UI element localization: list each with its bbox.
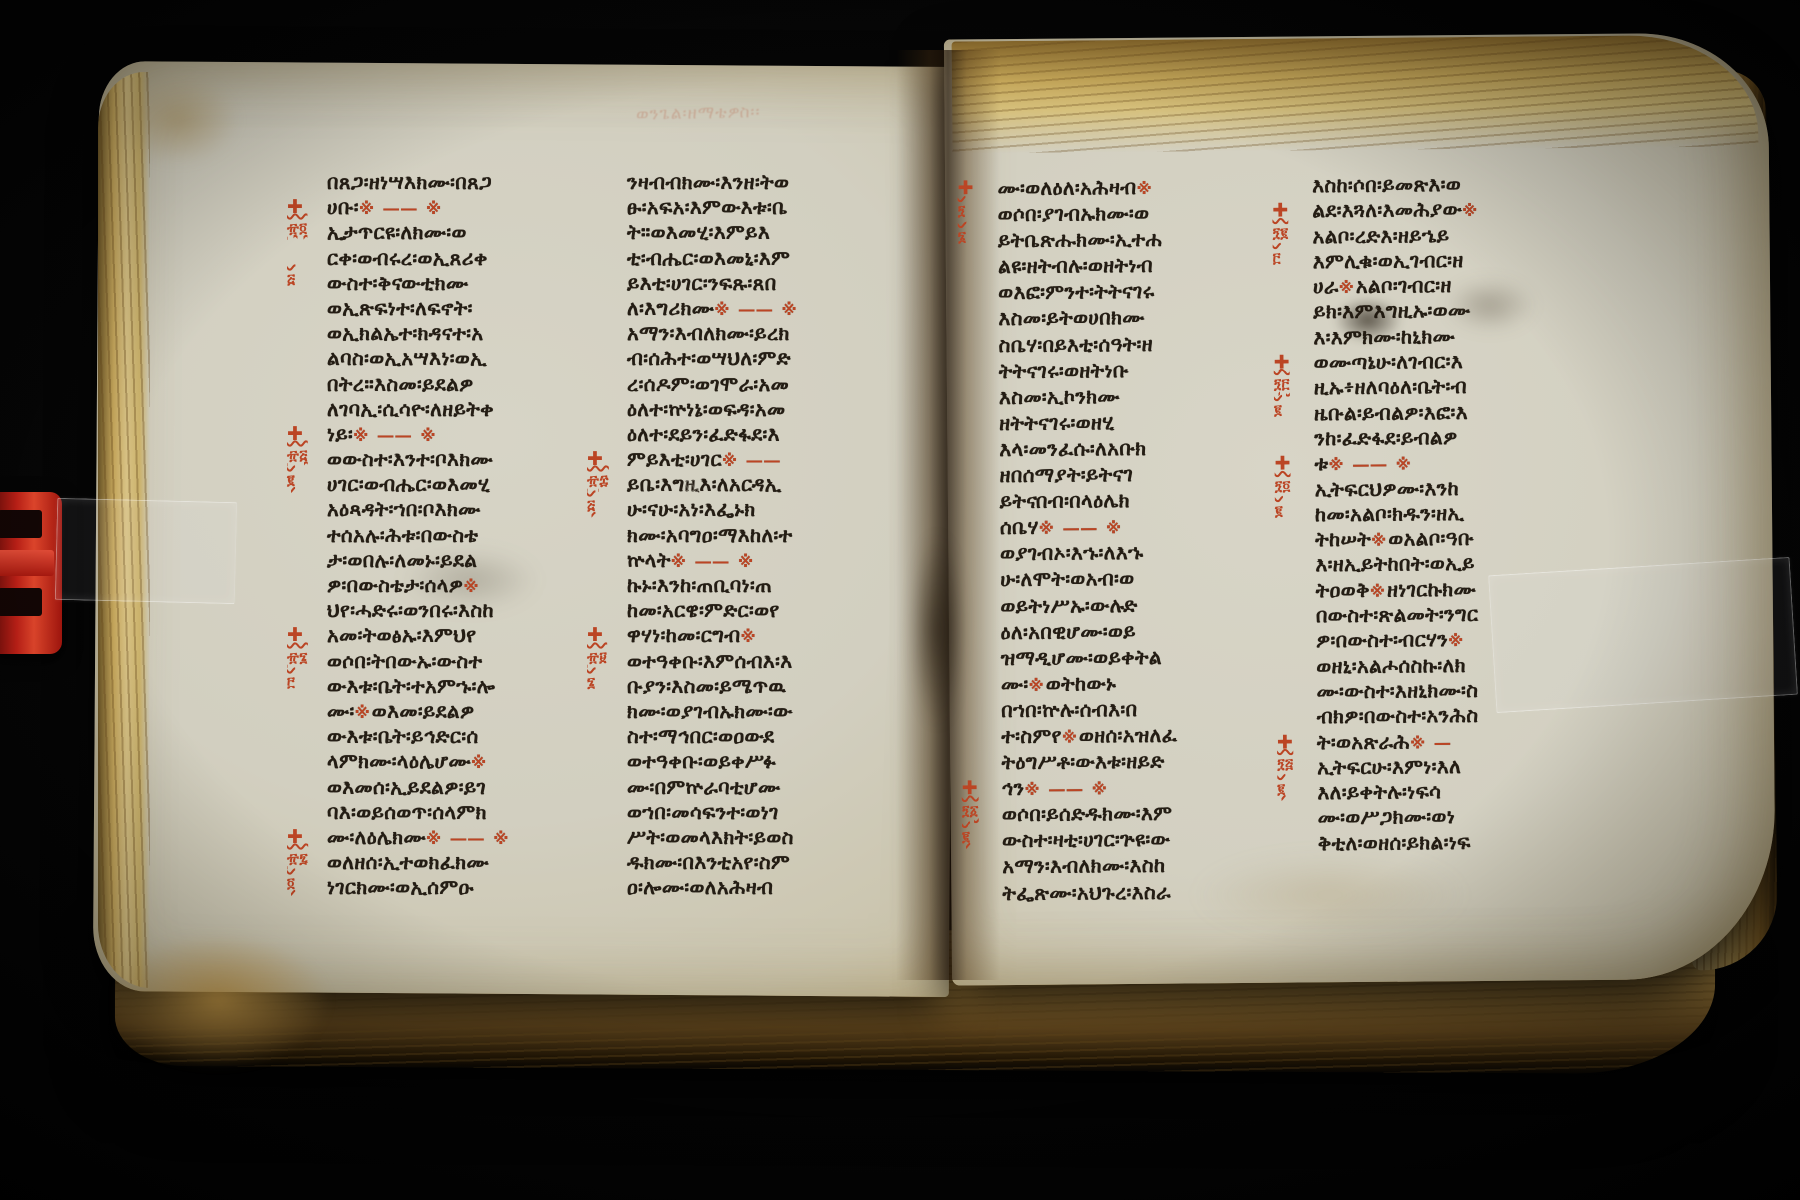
red-cross-marker: ✚ [287,826,303,848]
black-ink-text: ልደ፡እጓለ፡እመሕያው [1312,197,1462,222]
black-ink-text: በጸጋ፡ዘነሣእክሙ፡በጸጋ [327,170,492,194]
text-line: ሙ፡※ወትከውኑ [1001,670,1293,698]
clamp-bar [0,550,54,576]
black-ink-text: ወሶበ፡ያገብኡክሙ፡ወ [998,201,1150,226]
black-ink-text: ዘነገርኩክሙ [1387,577,1476,602]
text-line: ✚ሙ፡ወለዕለ፡አሕዛብ※ [997,174,1289,202]
black-ink-text: ነይ፡ [327,422,353,446]
red-section-numeral: ፮ [587,675,596,691]
text-line: ወያገብኦ፡እኁ፡ለእኁ [1000,539,1292,567]
black-ink-text: ይትቤጽሑክሙ፡ኢተሐ [998,227,1162,252]
red-section-numeral: ፫ [1273,250,1281,266]
red-section-numeral: ፺፩ [962,803,979,819]
black-ink-text: አማን፡እብለክሙ፡ይረክ [627,321,790,345]
text-line: ✚አመ፡ትወፅኡ፡እምህየ [327,623,619,648]
text-line: ፬ነገርክሙ፡ወኢሰምዑ [327,875,619,900]
text-line: እስመ፡ኢኮንክሙ [999,383,1291,411]
black-ink-text: ትዕግሥቶ፡ውእቱ፡ዘይድ [1001,749,1164,774]
black-ink-text: ኢታጥርዩ፡ለክሙ፡ወ [327,220,467,244]
black-ink-text: ንከ፡ፈድፋደ፡ይብልዎ [1314,425,1457,450]
text-line: ፺፫ዚኡ፥ዘለባዕለ፡ቤት፡ብ [1314,373,1606,401]
black-ink-text: ዚኡ፥ዘለባዕለ፡ቤት፡ብ [1314,374,1467,399]
black-ink-text: ምይእቲ፡ሀገር [627,447,722,471]
black-ink-text: ወሙጣኔሁ፡ለገብር፡እ [1314,349,1464,374]
text-line: ውእቱ፡ቤት፡ይኅድር፡ሰ [327,724,619,749]
text-line: በኀበ፡ኵሉ፡ሰብእ፡በ [1001,696,1293,724]
red-section-numeral: ፭ [287,272,295,288]
text-line: ስተ፡ማኅበር፡ወዐውደ [627,724,919,749]
red-ink-ornament: ※ [463,578,480,596]
red-ink-ornament: ※ [1339,279,1356,297]
red-section-numeral: ፹፭ [287,448,308,464]
red-ink-ornament: ※ [741,628,758,646]
black-ink-text: እስከ፡ሶበ፡ይመጽእ፡ወ [1312,172,1461,197]
text-line: ፁ፡አፍአ፡እምውእቱ፡ቤ [627,195,919,220]
red-ink-ornament: ※ [1136,180,1153,198]
black-ink-text: ሙ፡በምኵራባቲሆሙ [627,775,780,799]
black-ink-text: ሙ፡ወለዕለ፡አሕዛብ [997,175,1136,200]
text-line: ወኀበ፡መሳፍንተ፡ወነገ [627,800,919,825]
text-column-right-1: ✚ሙ፡ወለዕለ፡አሕዛብ※፺ወሶበ፡ያገብኡክሙ፡ወ፮ይትቤጽሑክሙ፡ኢተሐልዩ… [997,174,1294,907]
black-ink-text: ለገባኢ፡ሲሳዮ፡ለዘይትቀ [327,397,494,421]
black-ink-text: ንዛብብክሙ፡እንዘ፡ትወ [627,170,789,194]
black-ink-text: ሙ፡ [327,699,355,723]
text-line: ከመ፡አርዌ፡ምድር፡ወየ [627,598,919,623]
black-ink-text: እ፡ዘኢይትከበት፡ወኢይ [1315,551,1474,576]
red-page-clamp[interactable] [0,492,62,654]
red-cross-marker: ✚ [287,423,303,445]
black-ink-text: ዎ፡በውስቴታ፡ሰላዎ [327,573,463,597]
black-ink-text: ስቤሃ፡በይእቲ፡ሰዓት፡ዘ [999,332,1154,357]
text-line: ቲ፡ብሔር፡ወእመኒ፡እም [627,246,919,271]
black-ink-text: ወኀበ፡መሳፍንተ፡ወነገ [627,800,779,824]
right-page-top-edge-leaves [952,34,1759,153]
black-ink-text: ታ፡ወበሉ፡ለመኑ፡ይደል [327,548,477,572]
red-section-numeral: ፺፬ [1275,478,1291,494]
text-line: ስቤሃ፡በይእቲ፡ሰዓት፡ዘ [999,331,1291,359]
black-ink-text: አማን፡እብለክሙ፡እስከ [1002,853,1165,878]
black-ink-text: ልዩ፡ዘትብሉ፡ወዘትነብ [998,253,1153,278]
red-section-numeral: ፪ [1274,402,1282,418]
acrylic-strip-right[interactable] [1488,557,1798,713]
text-line: እስከ፡ሶበ፡ይመጽእ፡ወ [1312,171,1604,199]
text-line: አማን፡እብለክሙ፡ይረክ [627,321,919,346]
black-ink-text: ቡያን፡እስመ፡ይሜጥዉ [627,674,786,698]
black-ink-text: ቲ፡ብሔር፡ወእመኒ፡እም [627,246,790,270]
black-ink-text: ሰቤሃ [1000,515,1039,539]
red-ink-ornament: ※ [1370,582,1387,600]
red-section-numeral: ፪ [1275,503,1283,519]
black-ink-text: እስመ፡ኢኮንክሙ [999,384,1120,409]
red-ink-ornament: ※ [1448,632,1465,650]
red-ink-ornament: ※ ―― ※ [671,553,755,571]
text-line: ረ፡ሰዶም፡ወገሞራ፡አመ [627,372,919,397]
text-line: ✚ወሙጣኔሁ፡ለገብር፡እ [1314,348,1606,376]
text-line: ፹፰ይቤ፡እግዚእ፡ለአርዳኢ [627,472,919,497]
black-ink-text: ሙ፡ወሥጋክሙ፡ወነ [1318,804,1456,829]
text-line: ባእ፡ወይሰወጥ፡ሰላምክ [327,800,619,825]
text-line: ፹፯ወለዘሰ፡ኢተወክፈክሙ [327,850,619,875]
text-line: ፹፮ወሶበ፡ትበውኡ፡ውስተ [327,649,619,674]
text-line: ዕለተ፡ኵነኔ፡ወፍዳ፡አመ [627,397,919,422]
text-line: ፹፱ወተዓቀቡ፡እምሰብእ፡እ [627,649,919,674]
text-line: ፭ሁ፡ናሁ፡አነ፡እፌኑክ [627,497,919,522]
black-ink-text: ዋሃነ፡ከመ፡ርግብ [627,623,741,647]
black-ink-text: ረ፡ሰዶም፡ወገሞራ፡አመ [627,372,789,396]
text-line: እ፡እምክሙ፡ከኒክሙ [1313,323,1605,351]
text-line: ዎ፡በውስቴታ፡ሰላዎ※ [327,573,619,598]
red-ink-ornament: ※ ―― ※ [353,427,437,445]
red-ink-ornament: ※ ―― ※ [359,200,443,218]
red-section-numeral: ፬ [287,876,295,892]
text-line: ርቀ፡ወብሩረ፡ወኢጸሪቀ [327,246,619,271]
red-section-numeral: ፮ [958,229,967,245]
red-ink-ornament: ※ ― [1410,734,1452,752]
black-ink-text: እምሊቁ፡ወኢገብር፡ዘ [1313,248,1464,273]
black-ink-text: ወኢጽፍነተ፡ለፍኖት፡ [327,296,473,320]
black-ink-text: እላ፡መንፈሱ፡ለአቡክ [999,436,1146,461]
text-line: ይትናበብ፡በላዕሌክ [1000,487,1292,515]
text-line: ቅቲለ፡ወዘሰ፡ይክል፡ነፍ [1318,828,1610,856]
text-line: ፹፬ኢታጥርዩ፡ለክሙ፡ወ [327,220,619,245]
black-ink-text: ወዘኒ፡አልሖሰስኩ፡ለክ [1316,653,1466,678]
red-section-numeral: ፺፭ [1277,756,1293,772]
text-line: ዕለተ፡ደይን፡ፈድፋደ፡እ [627,422,919,447]
text-column-right-2: እስከ፡ሶበ፡ይመጽእ፡ወ✚ልደ፡እጓለ፡እመሕያው※፺፪አልቦ፡ረድእ፡ዘይኄ… [1312,171,1610,857]
text-line: ተሰአሉ፡ሕቱ፡በውስቴ [327,523,619,548]
black-ink-text: ወይትነሥኡ፡ውሉድ [1000,593,1137,618]
black-ink-text: አመ፡ትወፅኡ፡እምህየ [327,623,476,647]
black-ink-text: ይክ፡እምእግዚኡ፡ወሙ [1313,298,1470,323]
black-ink-text: ባእ፡ወይሰወጥ፡ሰላምክ [327,800,487,824]
red-section-numeral: ፪ [287,473,295,489]
black-ink-text: ቅቲለ፡ወዘሰ፡ይክል፡ነፍ [1318,830,1471,855]
black-ink-text: ሀቡ፡ [327,195,359,219]
red-section-numeral: ፪ [1277,782,1285,798]
black-ink-text: አዕጻዳት፡ኀበ፡ቦእክሙ [327,497,481,521]
black-ink-text: ውእቱ፡ቤት፡ይኅድር፡ሰ [327,724,479,748]
text-line: ወእፎ፡ምንተ፡ትትናገሩ [998,278,1290,306]
clamp-slot [0,510,42,538]
text-line: ለገባኢ፡ሲሳዮ፡ለዘይትቀ [327,397,619,422]
red-ink-ornament: ※ ―― ※ [426,830,510,848]
black-ink-text: ትትናገሩ፡ወዘትነቡ [999,358,1129,383]
text-line: ፺፬ኢትፍርህዎሙ፡እንከ [1315,474,1607,502]
text-line: ✚ቱ※ ―― ※ [1314,449,1606,477]
text-line: ፹፭ወውስተ፡እንተ፡ቦእክሙ [327,447,619,472]
black-ink-text: ኵላት [627,548,671,572]
red-section-numeral: ፹፯ [287,851,308,867]
black-ink-text: ውስተ፡ዛቲ፡ሀገር፡ጕዩ፡ው [1002,827,1170,852]
black-ink-text: ውእቱ፡ቤት፡ተአምኁ፡ሎ [327,674,495,698]
text-line: ፭ውስተ፡ቅናውቲክሙ [327,271,619,296]
black-ink-text: ርቀ፡ወብሩረ፡ወኢጸሪቀ [327,246,488,270]
text-line: ልዩ፡ዘትብሉ፡ወዘትነብ [998,252,1290,280]
black-ink-text: ሙ፡ለዕሌክሙ [327,825,426,849]
text-line: ፺፩ወሶበ፡ይሰድዱክሙ፡እም [1002,800,1294,828]
text-line: እስመ፡ይትወሀበክሙ [998,304,1290,332]
text-line: ✚ሙ፡ለዕሌክሙ※ ―― ※ [327,825,619,850]
black-ink-text: ወያገብኦ፡እኁ፡ለእኁ [1000,540,1144,565]
black-ink-text: ሁ፡ናሁ፡አነ፡እፌኑክ [627,497,756,521]
black-ink-text: ወተዓቀቡ፡ወይቀሥፉ [627,749,776,773]
black-ink-text: ወሶበ፡ይሰድዱክሙ፡እም [1002,801,1173,826]
text-line: ፫እምሊቁ፡ወኢገብር፡ዘ [1313,247,1605,275]
red-cross-marker: ✚ [1272,200,1289,222]
black-ink-text: በትረ።እስመ፡ይደልዎ [327,372,474,396]
text-line: ሙ፡※ወእመ፡ይደልዎ [327,699,619,724]
text-line: ሀራ※አልቦ፡ገብር፡ዘ [1313,272,1605,300]
red-section-numeral: ፭ [587,498,595,514]
red-cross-marker: ✚ [962,777,978,799]
black-ink-text: ኢትፍርሁ፡እምነ፡እለ [1317,754,1461,779]
text-line: ዕለ፡አበዊሆሙ፡ወይ [1001,618,1293,646]
black-ink-text: ዎ፡በውስተ፡ብርሃን [1316,627,1448,652]
black-ink-text: ብክዎ፡በውስተ፡አንሕስ [1317,703,1479,728]
red-section-numeral: ፪ [962,830,970,846]
black-ink-text: ትፌጽሙ፡አህጉረ፡እስራ [1002,879,1171,904]
text-line: ሥት፡ወመላእክት፡ይወስ [627,825,919,850]
black-ink-text: ት።ወእመሂ፡እምይእ [627,220,770,244]
black-ink-text: ይቤ፡እግዚእ፡ለአርዳኢ [627,472,782,496]
text-line: ወይትነሥኡ፡ውሉድ [1000,591,1292,619]
acrylic-strip-left[interactable] [55,498,237,604]
text-line: ሰቤሃ※ ―― ※ [1000,513,1292,541]
clamp-slot [0,588,42,616]
black-ink-text: ኅን [1002,776,1025,800]
black-ink-text: ከመ፡አርዌ፡ምድር፡ወየ [627,598,780,622]
red-ink-ornament: ※ ―― [722,452,782,470]
black-ink-text: ወውስተ፡እንተ፡ቦእክሙ [327,447,493,471]
black-ink-text: ወለዘሰ፡ኢተወክፈክሙ [327,850,489,874]
red-cross-marker: ✚ [1274,453,1291,475]
text-line: ፺ወሶበ፡ያገብኡክሙ፡ወ [998,200,1290,228]
black-ink-text: ቱ [1314,451,1328,475]
black-ink-text: ተ፡ስምየ [1001,724,1062,748]
red-cross-marker: ✚ [1274,352,1291,374]
text-line: በጸጋ፡ዘነሣእክሙ፡በጸጋ [327,170,619,195]
red-ink-ornament: ※ ―― ※ [1328,456,1413,475]
red-section-numeral: ፫ [287,675,295,691]
black-ink-text: ተሰአሉ፡ሕቱ፡በውስቴ [327,523,478,547]
black-ink-text: ህየ፡ሓድሩ፡ወንበሩ፡እስከ [327,598,494,622]
text-line: ✚ነይ፡※ ―― ※ [327,422,619,447]
text-line: ይእቲ፡ሀገር፡ንፍጹ፡ጸበ [627,271,919,296]
black-ink-text: ወዘሰ፡አዝለፈ [1079,723,1177,748]
text-line: ሁ፡ለሞት፡ወአብ፡ወ [1000,565,1292,593]
black-ink-text: ትከሠት [1315,527,1371,551]
black-ink-text: ውስተ፡ቅናውቲክሙ [327,271,468,295]
black-ink-text: ዝማዲሆሙ፡ወይቀትል [1001,645,1162,670]
black-ink-text: እለ፡ይቀትሉ፡ነፍሳ [1317,779,1441,804]
black-ink-text: ሀራ [1313,274,1339,298]
text-line: ሙ፡በምኵራባቲሆሙ [627,775,919,800]
red-cross-marker: ✚ [1277,731,1294,753]
black-ink-text: ከመ፡አልቦ፡ክዱን፡ዘኢ [1315,501,1464,526]
text-line: ✚ምይእቲ፡ሀገር※ ―― [627,447,919,472]
black-ink-text: ዕለተ፡ኵነኔ፡ወፍዳ፡አመ [627,397,786,421]
text-line: ኵላት※ ―― ※ [627,548,919,573]
text-line: ✚ት፡ወአጽራሕ※ ― [1317,727,1609,755]
red-ink-ornament: ※ ―― ※ [714,301,798,319]
black-ink-text: ላምክሙ፡ላዕሌሆሙ [327,749,471,773]
text-line: ህየ፡ሓድሩ፡ወንበሩ፡እስከ [327,598,619,623]
text-line: ፪ውስተ፡ዛቲ፡ሀገር፡ጕዩ፡ው [1002,826,1294,854]
text-line: ለ፡እግሪክሙ※ ―― ※ [627,296,919,321]
text-line: ✚ኅን※ ―― ※ [1002,774,1294,802]
red-section-numeral: ፹፬ [287,221,307,237]
text-line: ክሙ፡አባግዐ፡ማእከለ፡ተ [627,523,919,548]
red-ink-ornament: ※ [471,754,488,772]
black-ink-text: ይትናበብ፡በላዕሌክ [1000,488,1130,513]
text-line: ኩኑ፡እንከ፡ጠቢባነ፡ጠ [627,573,919,598]
black-ink-text: ስተ፡ማኅበር፡ወዐውደ [627,724,774,748]
black-ink-text: ዘበሰማያት፡ይትናገ [999,462,1133,487]
black-ink-text: እስመ፡ይትወሀበክሙ [998,305,1144,330]
text-line: ✚ሀቡ፡※ ―― ※ [327,195,619,220]
black-ink-text: ይእቲ፡ሀገር፡ንፍጹ፡ጸበ [627,271,777,295]
text-line: ዱክሙ፡በእንቲአየ፡ስም [627,850,919,875]
black-ink-text: ትዐወቅ [1316,578,1370,602]
black-ink-text: ወተዓቀቡ፡እምሰብእ፡እ [627,649,793,673]
text-line: ፮ይትቤጽሑክሙ፡ኢተሐ [998,226,1290,254]
text-line: ት።ወእመሂ፡እምይእ [627,220,919,245]
text-line: ✚ልደ፡እጓለ፡እመሕያው※ [1312,196,1604,224]
text-line: ፺፭ኢትፍርሁ፡እምነ፡እለ [1317,753,1609,781]
text-line: ብ፡ሰሕተ፡ወሣህለ፡ምድ [627,346,919,371]
black-ink-text: ኩኑ፡እንከ፡ጠቢባነ፡ጠ [627,573,772,597]
black-ink-text: ሁ፡ለሞት፡ወአብ፡ወ [1000,566,1134,591]
text-line: ክሙ፡ወያገብኡክሙ፡ው [627,699,919,724]
text-line: ፪ዜቡል፡ይብልዎ፡እፎ፡እ [1314,398,1606,426]
red-section-numeral: ፺፪ [1272,225,1288,241]
red-ink-ornament: ※ ―― ※ [1039,519,1123,538]
black-ink-text: በውስተ፡ጽልመት፡ንግር [1316,602,1479,627]
black-ink-text: አልቦ፡ገብር፡ዘ [1356,273,1452,298]
text-line: ፪ሀገር፡ወብሔር፡ወእመሂ [327,472,619,497]
text-line: ወእመሰ፡ኢይደልዎ፡ይገ [327,775,619,800]
red-ink-ornament: ※ [1029,676,1046,694]
photograph-stage: ወንጌል፡ዘማቴዎስ፡፡ በጸጋ፡ዘነሣእክሙ፡በጸጋ✚ሀቡ፡※ ―― ※፹፬ኢ… [0,0,1800,1200]
black-ink-text: አልቦ፡ረድእ፡ዘይኄይ [1312,223,1449,248]
text-line: ታ፡ወበሉ፡ለመኑ፡ይደል [327,548,619,573]
black-ink-text: ክሙ፡አባግዐ፡ማእከለ፡ተ [627,523,793,547]
text-line: ዝማዲሆሙ፡ወይቀትል [1001,644,1293,672]
text-line: ዘበሰማያት፡ይትናገ [999,461,1291,489]
black-ink-text: ወአልቦ፡ዓቡ [1388,526,1474,551]
black-ink-text: ሀገር፡ወብሔር፡ወእመሂ [327,472,490,496]
red-section-numeral: ፺ [958,203,966,219]
black-ink-text: ልባስ፡ወኢአሣእነ፡ወኢ [327,346,487,370]
red-section-numeral: ፹፰ [587,473,609,489]
black-ink-text: እ፡እምክሙ፡ከኒክሙ [1313,324,1455,349]
red-section-numeral: ፹፮ [287,650,308,666]
black-ink-text: ት፡ወአጽራሕ [1317,729,1410,754]
black-ink-text: ሙ፡ [1001,672,1029,696]
red-ink-ornament: ※ [1062,728,1079,746]
text-line: ዐ፡ሎሙ፡ወለአሕዛብ [627,875,919,900]
black-ink-text: ሥት፡ወመላእክት፡ይወስ [627,825,794,849]
red-cross-marker: ✚ [957,177,973,199]
text-line: እላ፡መንፈሱ፡ለአቡክ [999,435,1291,463]
black-ink-text: ዐ፡ሎሙ፡ወለአሕዛብ [627,875,773,899]
text-line: ዘትትናገሩ፡ወዘሂ [999,409,1291,437]
text-line: ፫ውእቱ፡ቤት፡ተአምኁ፡ሎ [327,674,619,699]
black-ink-text: ወሶበ፡ትበውኡ፡ውስተ [327,649,482,673]
text-line: ወተዓቀቡ፡ወይቀሥፉ [627,749,919,774]
black-ink-text: ወትከውኑ [1046,671,1116,695]
text-line: ይክ፡እምእግዚኡ፡ወሙ [1313,297,1605,325]
text-line: ወኢጽፍነተ፡ለፍኖት፡ [327,296,619,321]
text-line: ልባስ፡ወኢአሣእነ፡ወኢ [327,346,619,371]
red-ink-ornament: ※ [355,704,372,722]
text-line: ሙ፡ወሥጋክሙ፡ወነ [1318,803,1610,831]
black-ink-text: ዕለ፡አበዊሆሙ፡ወይ [1001,619,1136,644]
red-cross-marker: ✚ [287,196,303,218]
text-line: ላምክሙ፡ላዕሌሆሙ※ [327,749,619,774]
text-line: ፪እለ፡ይቀትሉ፡ነፍሳ [1317,778,1609,806]
text-column-left-1: በጸጋ፡ዘነሣእክሙ፡በጸጋ✚ሀቡ፡※ ―― ※፹፬ኢታጥርዩ፡ለክሙ፡ወርቀ፡… [327,170,619,900]
red-section-numeral: ፹፱ [587,650,607,666]
text-line: ተ፡ስምየ※ወዘሰ፡አዝለፈ [1001,722,1293,750]
red-section-numeral: ፺፫ [1274,377,1290,393]
text-column-left-2: ንዛብብክሙ፡እንዘ፡ትወፁ፡አፍአ፡እምውእቱ፡ቤት።ወእመሂ፡እምይእቲ፡ብ… [627,170,919,900]
red-ink-ornament: ※ ―― ※ [1024,780,1108,799]
black-ink-text: ዕለተ፡ደይን፡ፈድፋደ፡እ [627,422,780,446]
black-ink-text: ፁ፡አፍአ፡እምውእቱ፡ቤ [627,195,788,219]
text-line: ፪ከመ፡አልቦ፡ክዱን፡ዘኢ [1315,500,1607,528]
text-line: ትዕግሥቶ፡ውእቱ፡ዘይድ [1001,748,1293,776]
black-ink-text: ወኢክልኤተ፡ክዳናተ፡አ [327,321,484,345]
black-ink-text: ወእመሰ፡ኢይደልዎ፡ይገ [327,775,486,799]
text-line: አዕጻዳት፡ኀበ፡ቦእክሙ [327,497,619,522]
text-line: ትከሠት※ወአልቦ፡ዓቡ [1315,525,1607,553]
text-line: ትትናገሩ፡ወዘትነቡ [999,357,1291,385]
black-ink-text: ብ፡ሰሕተ፡ወሣህለ፡ምድ [627,346,791,370]
text-line: ንዛብብክሙ፡እንዘ፡ትወ [627,170,919,195]
red-cross-marker: ✚ [587,448,603,470]
black-ink-text: ዱክሙ፡በእንቲአየ፡ስም [627,850,790,874]
text-line: በትረ።እስመ፡ይደልዎ [327,372,619,397]
text-line: ትፌጽሙ፡አህጉረ፡እስራ [1002,879,1294,907]
red-ink-ornament: ※ [1462,202,1479,220]
red-ink-ornament: ※ [1371,532,1388,550]
black-ink-text: ዜቡል፡ይብልዎ፡እፎ፡እ [1314,400,1468,425]
black-ink-text: ዘትትናገሩ፡ወዘሂ [999,410,1114,435]
text-line: ፺፪አልቦ፡ረድእ፡ዘይኄይ [1312,221,1604,249]
black-ink-text: ሙ፡ውስተ፡እዘኒክሙ፡ስ [1316,678,1478,703]
red-cross-marker: ✚ [587,624,603,646]
black-ink-text: ወእመ፡ይደልዎ [372,699,475,723]
text-line: ወኢክልኤተ፡ክዳናተ፡አ [327,321,619,346]
black-ink-text: በኀበ፡ኵሉ፡ሰብእ፡በ [1001,697,1137,722]
black-ink-text: ነገርክሙ፡ወኢሰምዑ [327,875,474,899]
text-line: አማን፡እብለክሙ፡እስከ [1002,852,1294,880]
text-line: ንከ፡ፈድፋደ፡ይብልዎ [1314,424,1606,452]
text-line: ✚ዋሃነ፡ከመ፡ርግብ※ [627,623,919,648]
black-ink-text: ክሙ፡ወያገብኡክሙ፡ው [627,699,793,723]
red-cross-marker: ✚ [287,624,303,646]
black-ink-text: ወእፎ፡ምንተ፡ትትናገሩ [998,279,1154,304]
black-ink-text: ለ፡እግሪክሙ [627,296,714,320]
black-ink-text: ኢትፍርህዎሙ፡እንከ [1315,476,1459,501]
text-line: ፮ቡያን፡እስመ፡ይሜጥዉ [627,674,919,699]
